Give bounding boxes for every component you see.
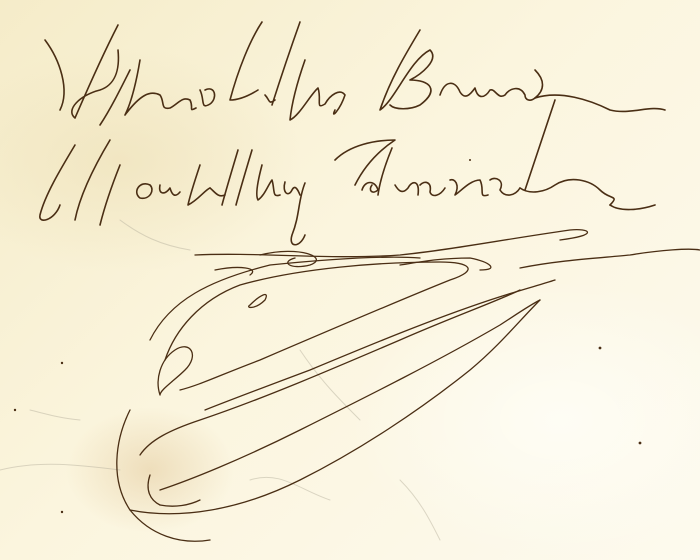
line2-script <box>40 100 655 245</box>
ink-dots <box>14 159 642 513</box>
manuscript-page: A. S. Ymo. de Y. Sr. Hz. Baena Conde Mar… <box>0 0 700 560</box>
line1-script <box>45 22 665 125</box>
signature-rubric <box>117 230 700 542</box>
handwriting-ink <box>0 0 700 560</box>
